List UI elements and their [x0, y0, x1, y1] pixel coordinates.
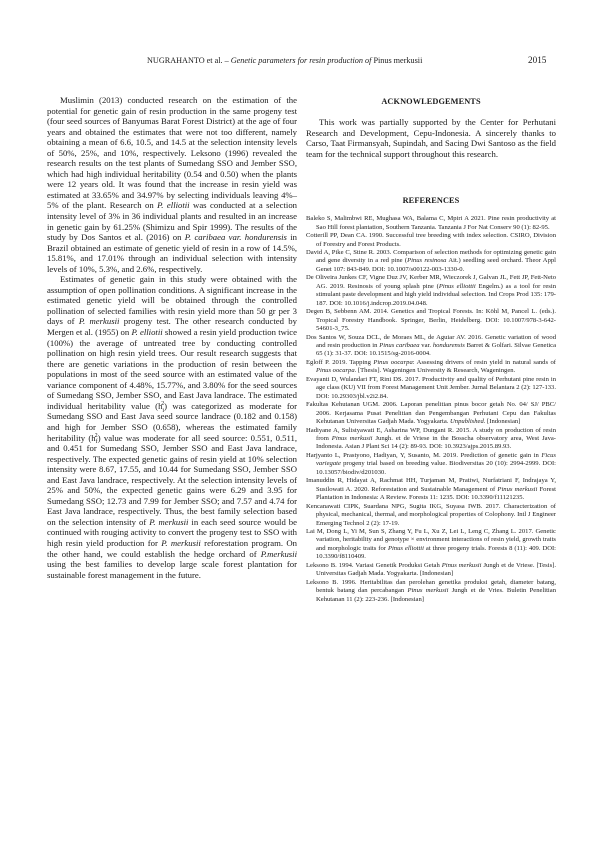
text-run: Muslimin (2013) conducted research on th…: [47, 95, 297, 210]
reference-text: Cotterill PP, Dean CA. 1990. Successful …: [306, 232, 556, 247]
reference-text: Evayanti D, Wulandari FT, Rini DS. 2017.…: [306, 376, 556, 400]
reference-text: : Assessing drivers of resin yield in na…: [413, 359, 556, 366]
reference-entry: De Oliveira Junkes CF, Vigne Duz JV, Ker…: [306, 274, 556, 308]
reference-list: Baleko S, Malimbwi RE, Mughasa WA, Balam…: [306, 215, 556, 604]
reference-italic-term: Pinus oocarpa: [316, 367, 355, 374]
reference-italic-term: Unpublished: [450, 418, 484, 425]
reference-entry: David A, Pike C, Stine R. 2003. Comparis…: [306, 249, 556, 274]
reference-italic-term: Pinus resinosa: [407, 257, 446, 264]
reference-italic-term: Pinus elliottii: [439, 283, 476, 290]
reference-entry: Dos Santos W, Souza DCL, de Moraes ML, d…: [306, 334, 556, 359]
reference-italic-term: Pinus oocarpa: [373, 359, 412, 366]
reference-italic-term: Pinus merkusii: [407, 587, 448, 594]
reference-italic-term: hondurensis: [433, 342, 465, 349]
running-title-authors: NUGRAHANTO et al. –: [147, 56, 231, 65]
reference-entry: Lai M, Dong L, Yi M, Sun S, Zhang Y, Fu …: [306, 528, 556, 562]
discussion-paragraph-2: Estimates of genetic gain in this study …: [47, 274, 297, 580]
reference-text: Harjyanto L, Prastyono, Hadiyan, Y, Susa…: [306, 452, 541, 459]
reference-italic-term: Pinus merkusii: [497, 486, 537, 493]
reference-italic-term: Pinus elliottii: [388, 545, 424, 552]
reference-entry: Harjyanto L, Prastyono, Hadiyan, Y, Susa…: [306, 452, 556, 477]
species-name: P.merkusii: [261, 549, 297, 559]
discussion-paragraph-1: Muslimin (2013) conducted research on th…: [47, 95, 297, 274]
right-column: ACKNOWLEDGEMENTS This work was partially…: [306, 95, 556, 604]
reference-text: progeny trial based on breeding value. B…: [316, 460, 556, 475]
text-run: ) value was moderate for all seed source…: [47, 433, 297, 527]
reference-entry: Baleko S, Malimbwi RE, Mughasa WA, Balam…: [306, 215, 556, 232]
reference-entry: Evayanti D, Wulandari FT, Rini DS. 2017.…: [306, 376, 556, 401]
running-title: NUGRAHANTO et al. – Genetic parameters f…: [147, 56, 422, 65]
left-column: Muslimin (2013) conducted research on th…: [47, 95, 297, 580]
reference-text: Leksono B. 1994. Variasi Genetik Produks…: [306, 562, 442, 569]
reference-text: . [Indonesian]: [484, 418, 521, 425]
reference-italic-term: Pinus caribaea: [379, 342, 419, 349]
reference-entry: Degen B, Sebbenn AM. 2014. Genetics and …: [306, 308, 556, 333]
reference-text: Baleko S, Malimbwi RE, Mughasa WA, Balam…: [306, 215, 556, 230]
running-title-topic: Genetic parameters for resin production …: [231, 56, 374, 65]
species-name: P. elliotii: [157, 200, 189, 210]
reference-text: . [Thesis]. Wageningen University & Rese…: [355, 367, 516, 374]
species-name: P. caribaea var. hondurensis: [185, 232, 287, 242]
species-name: P. merkusii: [149, 517, 188, 527]
page-number: 2015: [528, 55, 546, 65]
text-run: showed a resin yield production twice (1…: [47, 327, 297, 411]
species-name: P. merkusii: [161, 538, 201, 548]
references-heading: REFERENCES: [306, 196, 556, 205]
running-title-species: Pinus merkusii: [373, 56, 422, 65]
running-header: NUGRAHANTO et al. – Genetic parameters f…: [0, 56, 595, 68]
species-name: P. elliotii: [131, 327, 162, 337]
reference-entry: Fakultas Kehutanan UGM. 2006. Laporan pe…: [306, 401, 556, 426]
reference-entry: Egloff P. 2019. Tapping Pinus oocarpa: A…: [306, 359, 556, 376]
reference-entry: Hadiyane A, Sulistyawati E, Asharina WP,…: [306, 427, 556, 452]
text-run: using the best families to develop large…: [47, 559, 297, 580]
reference-entry: Leksono B. 1996. Heritabilitas dan perol…: [306, 579, 556, 604]
acknowledgements-text: This work was partially supported by the…: [306, 117, 556, 159]
reference-entry: Kencanawati CIPK, Suardana NPG, Sugita I…: [306, 503, 556, 528]
reference-text: Egloff P. 2019. Tapping: [306, 359, 373, 366]
reference-text: var.: [420, 342, 433, 349]
reference-entry: Imanuddin R, Hidayat A, Rachmat HH, Turj…: [306, 477, 556, 502]
reference-text: Kencanawati CIPK, Suardana NPG, Sugita I…: [306, 503, 556, 527]
reference-italic-term: Pinus merkusii: [442, 562, 482, 569]
reference-text: Degen B, Sebbenn AM. 2014. Genetics and …: [306, 308, 556, 332]
reference-italic-term: Pinus merkusii: [332, 435, 373, 442]
species-name: P. merkusii: [79, 316, 120, 326]
acknowledgements-heading: ACKNOWLEDGEMENTS: [306, 97, 556, 106]
reference-entry: Leksono B. 1994. Variasi Genetik Produks…: [306, 562, 556, 579]
reference-entry: Cotterill PP, Dean CA. 1990. Successful …: [306, 232, 556, 249]
